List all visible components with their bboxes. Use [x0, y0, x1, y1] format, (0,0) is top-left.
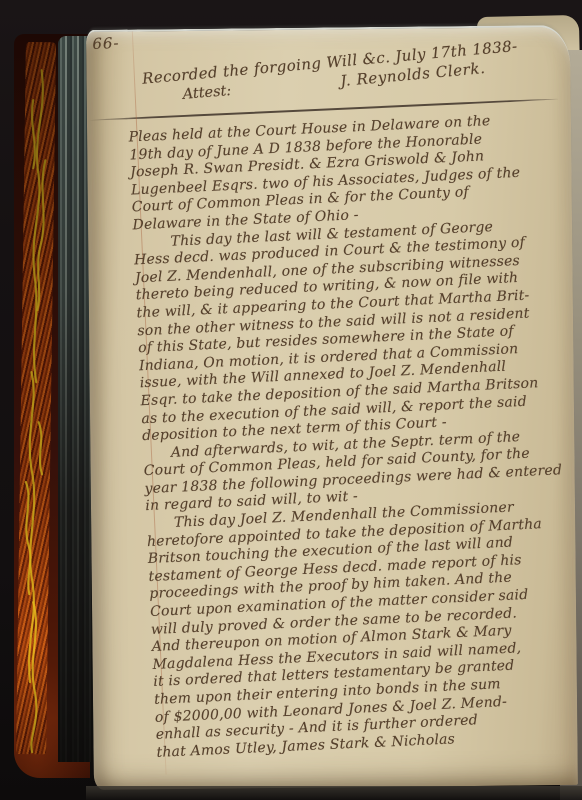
photo-backdrop: 66- Recorded the forgoing Will &c. July … [0, 0, 582, 800]
attest-label: Attest: [182, 83, 232, 103]
page-bottom-shadow [86, 786, 582, 800]
page-number: 66- [92, 34, 120, 53]
court-record-text: Pleas held at the Court House in Delawar… [128, 110, 582, 763]
record-page: 66- Recorded the forgoing Will &c. July … [86, 25, 578, 790]
page-content: 66- Recorded the forgoing Will &c. July … [82, 12, 582, 791]
